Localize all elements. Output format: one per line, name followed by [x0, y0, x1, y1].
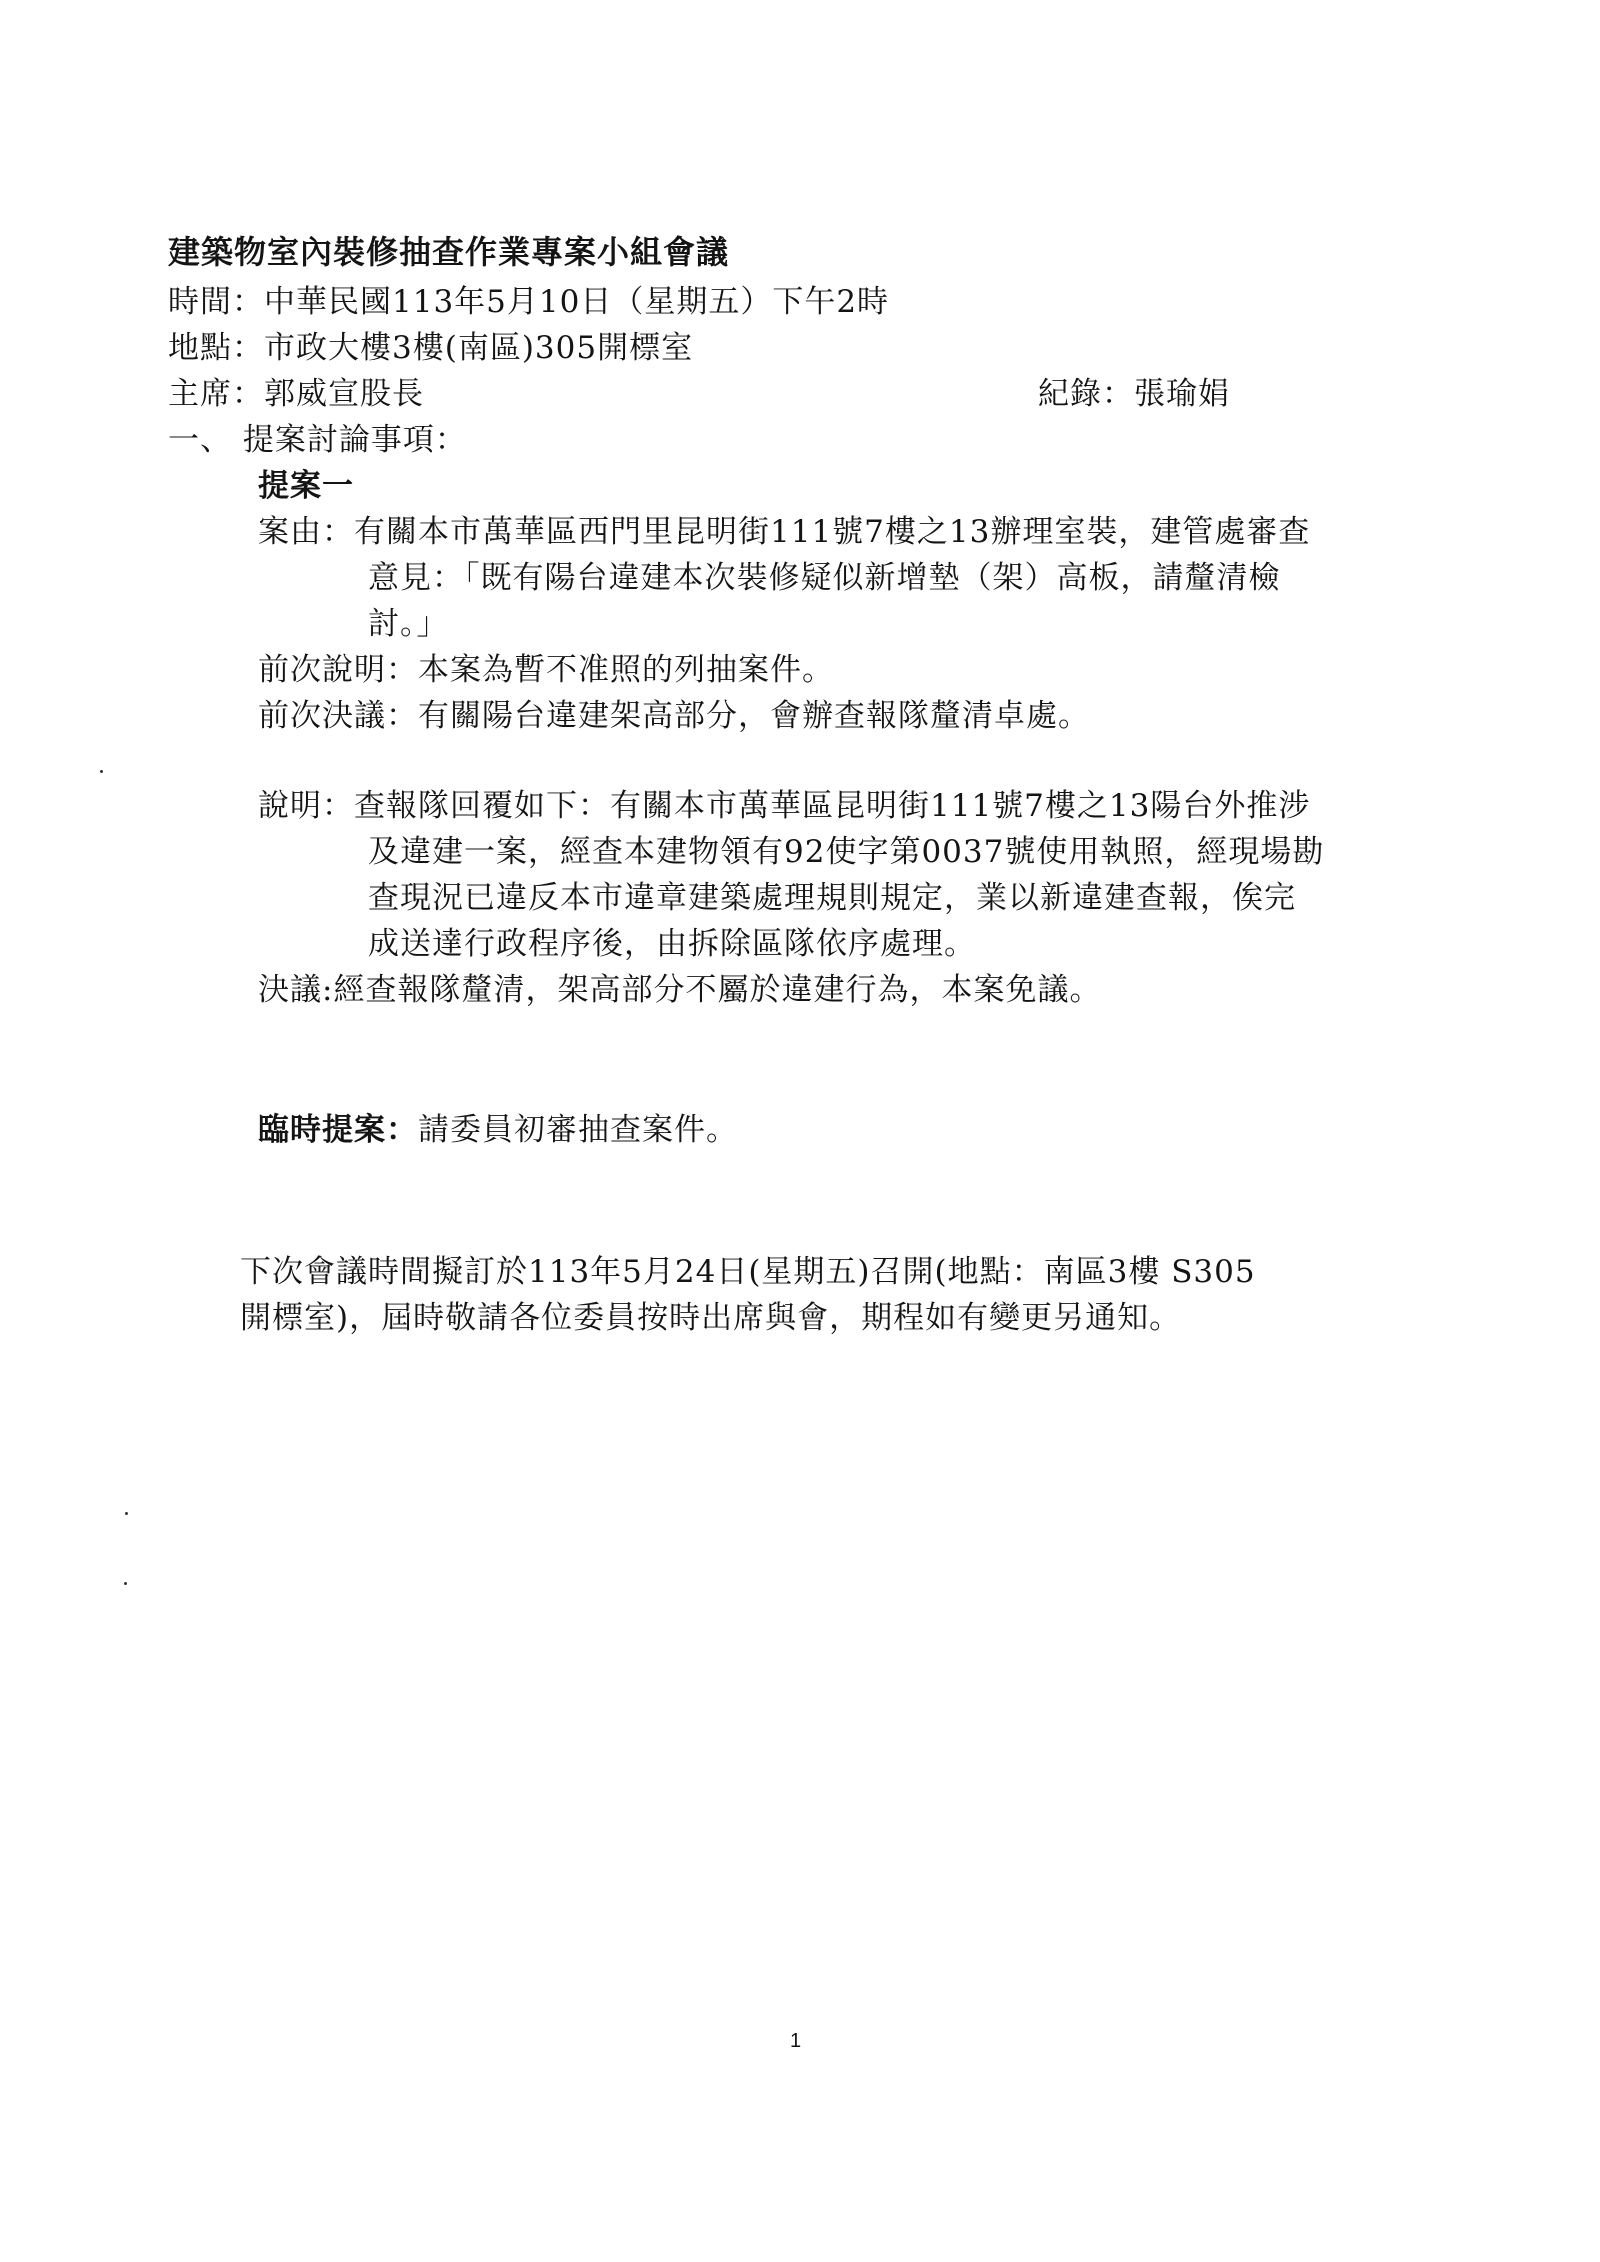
next-meeting-line: 下次會議時間擬訂於113年5月24日(星期五)召開(地點：南區3樓 S305 — [240, 1252, 1256, 1292]
explanation-line: 及違建一案，經查本建物領有92使字第0037號使用執照，經現場勘 — [368, 832, 1324, 872]
meeting-time: 時間：中華民國113年5月10日（星期五）下午2時 — [168, 282, 889, 322]
document-title: 建築物室內裝修抽查作業專案小組會議 — [168, 232, 729, 272]
meeting-recorder: 紀錄：張瑜娟 — [1038, 374, 1230, 414]
section-heading-discussion: 一、 提案討論事項： — [168, 420, 467, 460]
previous-explanation: 前次說明：本案為暫不准照的列抽案件。 — [258, 650, 834, 690]
page-number: 1 — [790, 2030, 801, 2053]
meeting-chair: 主席：郭威宣股長 — [168, 374, 424, 414]
proposal-reason-line: 意見：「既有陽台違建本次裝修疑似新增墊（架）高板，請釐清檢 — [368, 558, 1281, 598]
proposal-reason-line: 案由：有關本市萬華區西門里昆明街111號7樓之13辦理室裝，建管處審查 — [258, 512, 1310, 552]
temporary-proposal: 臨時提案：請委員初審抽查案件。 — [258, 1110, 738, 1150]
previous-resolution: 前次決議：有關陽台違建架高部分，會辦查報隊釐清卓處。 — [258, 696, 1090, 736]
proposal-reason-line: 討。」 — [368, 604, 449, 644]
scan-speck — [125, 1512, 128, 1515]
scan-speck — [100, 770, 103, 773]
explanation-line: 說明：查報隊回覆如下：有關本市萬華區昆明街111號7樓之13陽台外推涉 — [258, 786, 1310, 826]
resolution: 決議:經查報隊釐清，架高部分不屬於違建行為，本案免議。 — [258, 970, 1101, 1010]
explanation-line: 查現況已違反本市違章建築處理規則規定，業以新違建查報，俟完 — [368, 878, 1296, 918]
proposal-one-heading: 提案一 — [258, 466, 354, 506]
explanation-line: 成送達行政程序後，由拆除區隊依序處理。 — [368, 924, 976, 964]
scan-speck — [124, 1582, 127, 1585]
temporary-proposal-text: 請委員初審抽查案件。 — [418, 1112, 738, 1148]
next-meeting-line: 開標室)，屆時敬請各位委員按時出席與會，期程如有變更另通知。 — [240, 1298, 1181, 1338]
meeting-place: 地點：市政大樓3樓(南區)305開標室 — [168, 328, 693, 368]
temporary-proposal-label: 臨時提案： — [258, 1112, 418, 1148]
